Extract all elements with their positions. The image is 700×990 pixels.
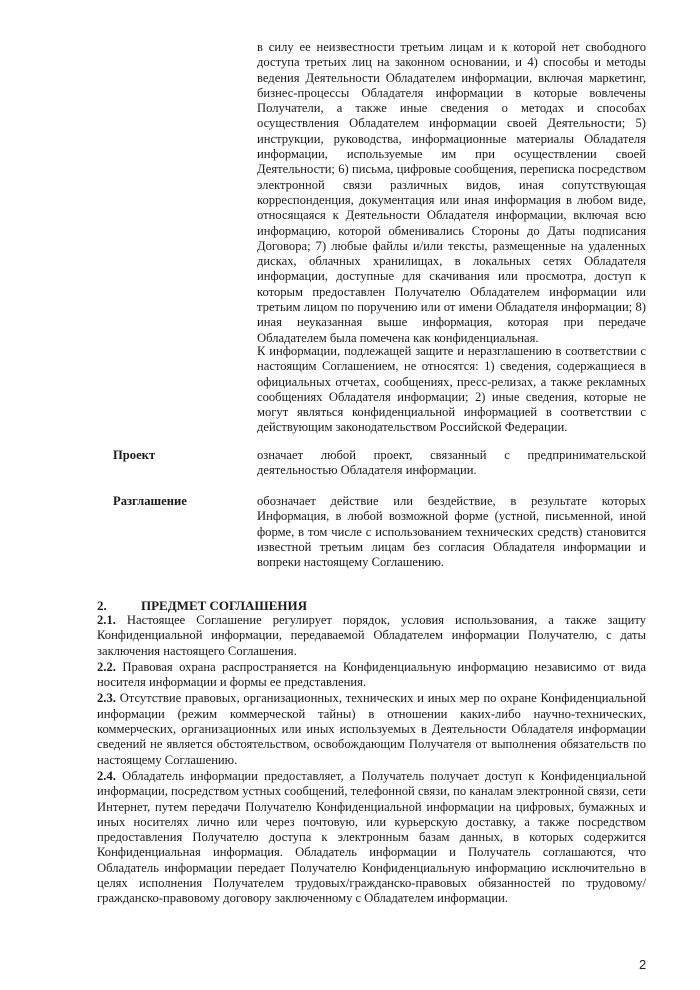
clause-number: 2.3. [97, 691, 116, 705]
continuation-paragraph: в силу ее неизвестности третьим лицам и … [257, 40, 646, 346]
section-heading: 2.ПРЕДМЕТ СОГЛАШЕНИЯ [97, 598, 307, 613]
clause-text: Обладатель информации предоставляет, а П… [97, 769, 646, 905]
clause-number: 2.2. [97, 660, 116, 674]
document-page: в силу ее неизвестности третьим лицам и … [0, 0, 700, 990]
page-number: 2 [639, 957, 646, 972]
definition-text: означает любой проект, связанный с предп… [257, 448, 646, 479]
definition-text: обозначает действие или бездействие, в р… [257, 494, 646, 570]
definition-term: Проект [113, 448, 155, 463]
clause-2-1: 2.1. Настоящее Соглашение регулирует пор… [97, 613, 646, 659]
section-body: 2.1. Настоящее Соглашение регулирует пор… [97, 613, 646, 908]
clause-number: 2.4. [97, 769, 116, 783]
clause-2-2: 2.2. Правовая охрана распространяется на… [97, 660, 646, 691]
section-title: ПРЕДМЕТ СОГЛАШЕНИЯ [141, 598, 307, 613]
clause-text: Отсутствие правовых, организационных, те… [97, 691, 646, 766]
clause-text: Правовая охрана распространяется на Конф… [97, 660, 646, 689]
section-number: 2. [97, 598, 141, 613]
clause-number: 2.1. [97, 613, 116, 627]
exclusions-paragraph: К информации, подлежащей защите и неразг… [257, 344, 646, 436]
clause-2-3: 2.3. Отсутствие правовых, организационны… [97, 691, 646, 767]
definition-term: Разглашение [113, 494, 187, 509]
clause-text: Настоящее Соглашение регулирует порядок,… [97, 613, 646, 658]
clause-2-4: 2.4. Обладатель информации предоставляет… [97, 769, 646, 907]
